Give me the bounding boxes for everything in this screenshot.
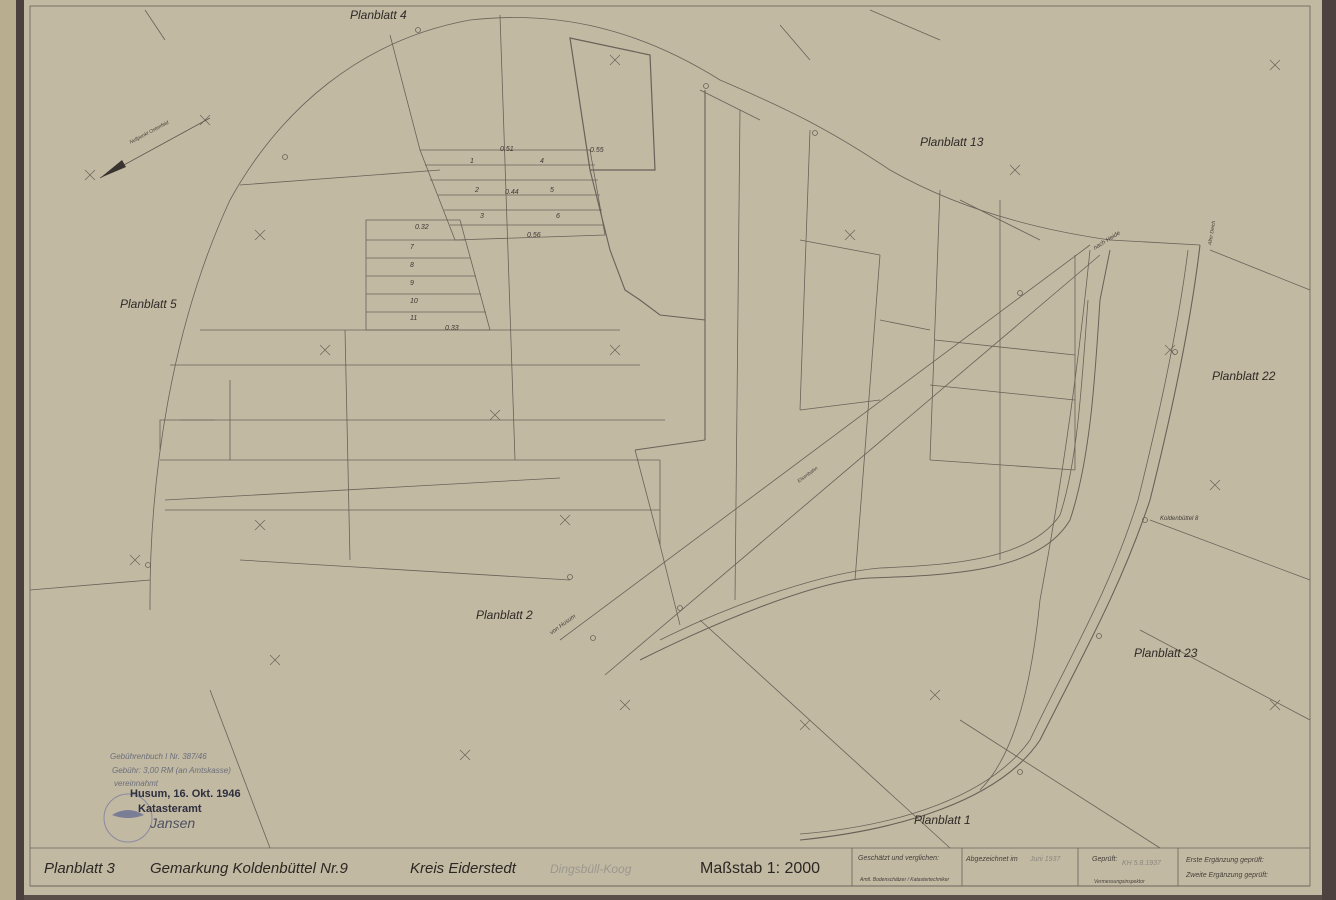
geprueft-sub: Vermessungsinspektor [1094, 879, 1145, 885]
adjacent-sheet-south: Planblatt 1 [914, 813, 971, 827]
geschaetzt-label: Geschätzt und verglichen: [858, 855, 939, 862]
adjacent-sheet-east: Planblatt 22 [1212, 369, 1275, 383]
stamp-place-date: Husum, 16. Okt. 1946 [130, 788, 241, 800]
scale-label: Maßstab 1: 2000 [700, 860, 820, 878]
gemarkung-label: Gemarkung Koldenbüttel Nr.9 [150, 860, 348, 877]
adjacent-sheet-west: Planblatt 5 [120, 297, 177, 311]
kreis-label: Kreis Eiderstedt [410, 860, 516, 877]
signature: Jansen [150, 815, 195, 831]
parcel-number: 10 [410, 298, 418, 305]
area-label: 0.33 [445, 325, 459, 332]
adjacent-sheet-northeast: Planblatt 13 [920, 135, 983, 149]
zweite-ergaenzung-label: Zweite Ergänzung geprüft: [1186, 872, 1268, 879]
abgezeichnet-label: Abgezeichnet im [966, 856, 1018, 863]
fee-note-line3: vereinnahmt [114, 779, 158, 788]
stamp-office: Katasteramt [138, 803, 202, 815]
area-label: 0.51 [500, 146, 514, 153]
geschaetzt-sub: Amtl. Bodenschätzer / Katastertechniker [860, 877, 949, 883]
abgezeichnet-value: Juni 1937 [1030, 856, 1060, 863]
parcel-number: 8 [410, 262, 414, 269]
parcel-number: 3 [480, 213, 484, 220]
parcel-number: 7 [410, 244, 414, 251]
sheet-title: Planblatt 3 [44, 860, 115, 877]
geprueft-value: KH 5.8.1937 [1122, 860, 1161, 867]
adjacent-sheet-north: Planblatt 4 [350, 8, 407, 22]
area-label: 0.44 [505, 189, 519, 196]
parcel-number: 9 [410, 280, 414, 287]
area-label: 0.56 [527, 232, 541, 239]
fee-note-line2: Gebühr: 3,00 RM (an Amtskasse) [112, 766, 231, 775]
geprueft-label: Geprüft: [1092, 856, 1117, 863]
parcel-number: 11 [410, 315, 417, 322]
pencil-note: Dingsbüll-Koog [550, 862, 631, 876]
adjacent-sheet-south-center: Planblatt 2 [476, 608, 533, 622]
parcel-number: 6 [556, 213, 560, 220]
area-label: 0.32 [415, 224, 429, 231]
parcel-number: 5 [550, 187, 554, 194]
parcel-number: 2 [475, 187, 479, 194]
parcel-number: 1 [470, 158, 474, 165]
parcel-number: 4 [540, 158, 544, 165]
erste-ergaenzung-label: Erste Ergänzung geprüft: [1186, 857, 1264, 864]
cadastral-map-drawing [0, 0, 1336, 900]
koldenbuettel-label: Koldenbüttel 8 [1160, 516, 1198, 522]
area-label: 0.55 [590, 147, 604, 154]
adjacent-sheet-southeast: Planblatt 23 [1134, 646, 1197, 660]
fee-note-line1: Gebührenbuch I Nr. 387/46 [110, 752, 207, 761]
